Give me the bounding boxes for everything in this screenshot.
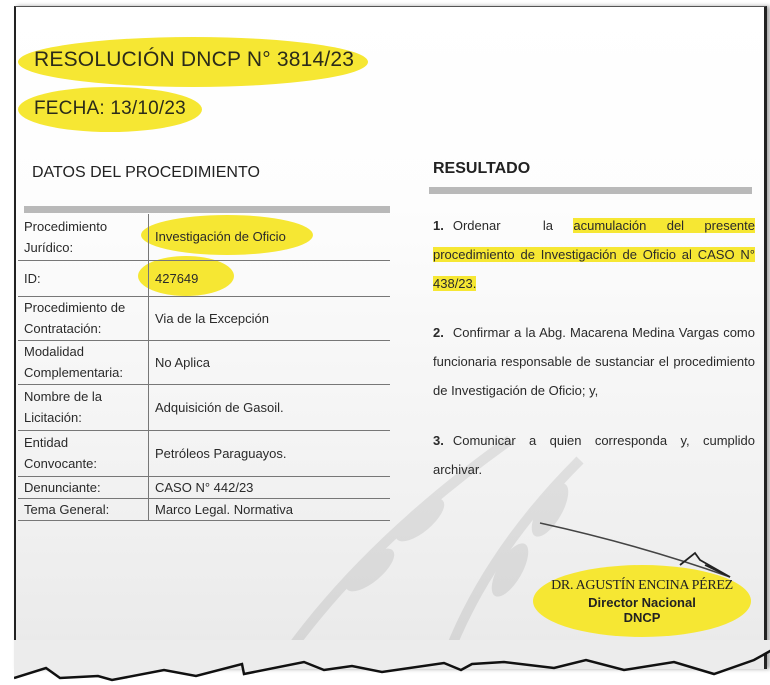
signature-block: DR. AGUSTÍN ENCINA PÉREZ Director Nacion… (533, 578, 751, 625)
row-value: CASO N° 442/23 (149, 476, 391, 498)
table-row: ID:427649 (18, 260, 390, 296)
signatory-role: Director Nacional (533, 595, 751, 610)
row-label: Entidad Convocante: (18, 430, 149, 476)
table-row: Nombre de la Licitación:Adquisición de G… (18, 384, 390, 430)
resultado-section-title: RESULTADO (433, 160, 530, 178)
row-value: Adquisición de Gasoil. (149, 384, 391, 430)
table-row: Procedimiento de Contratación:Via de la … (18, 296, 390, 340)
row-label: Tema General: (18, 498, 149, 520)
item-number: 1. (433, 218, 444, 233)
signatory-org: DNCP (533, 610, 751, 625)
item-text: Ordenar la (453, 218, 553, 233)
row-value: 427649 (149, 260, 391, 296)
row-label: Procedimiento Jurídico: (18, 214, 149, 260)
row-value: Petróleos Paraguayos. (149, 430, 391, 476)
table-row: Tema General:Marco Legal. Normativa (18, 498, 390, 520)
datos-section-bar (24, 206, 390, 213)
row-value: Via de la Excepción (149, 296, 391, 340)
row-value: Investigación de Oficio (149, 214, 391, 260)
resolution-number: RESOLUCIÓN DNCP N° 3814/23 (34, 48, 354, 72)
torn-paper-edge (14, 640, 770, 685)
table-row: Denunciante:CASO N° 442/23 (18, 476, 390, 498)
table-row: Modalidad Complementaria:No Aplica (18, 340, 390, 384)
table-row: Procedimiento Jurídico:Investigación de … (18, 214, 390, 260)
resolution-date: FECHA: 13/10/23 (34, 98, 186, 120)
item-text: Confirmar a la Abg. Macarena Medina Varg… (433, 325, 755, 398)
item-number: 3. (433, 433, 444, 448)
item-text: Comunicar a quien corresponda y, cumplid… (433, 433, 755, 477)
datos-table: Procedimiento Jurídico:Investigación de … (18, 214, 390, 521)
signatory-name: DR. AGUSTÍN ENCINA PÉREZ (533, 578, 751, 594)
row-label: Nombre de la Licitación: (18, 384, 149, 430)
row-label: ID: (18, 260, 149, 296)
row-label: Modalidad Complementaria: (18, 340, 149, 384)
row-label: Denunciante: (18, 476, 149, 498)
resultado-item-2: 2.Confirmar a la Abg. Macarena Medina Va… (433, 318, 755, 405)
datos-section-title: DATOS DEL PROCEDIMIENTO (32, 164, 260, 182)
row-value: No Aplica (149, 340, 391, 384)
resultado-item-3: 3.Comunicar a quien corresponda y, cumpl… (433, 426, 755, 484)
resultado-item-1: 1.Ordenar la acumulación del presente pr… (433, 211, 755, 298)
item-number: 2. (433, 325, 444, 340)
table-row: Entidad Convocante:Petróleos Paraguayos. (18, 430, 390, 476)
row-label: Procedimiento de Contratación: (18, 296, 149, 340)
resultado-section-bar (429, 187, 752, 194)
row-value: Marco Legal. Normativa (149, 498, 391, 520)
